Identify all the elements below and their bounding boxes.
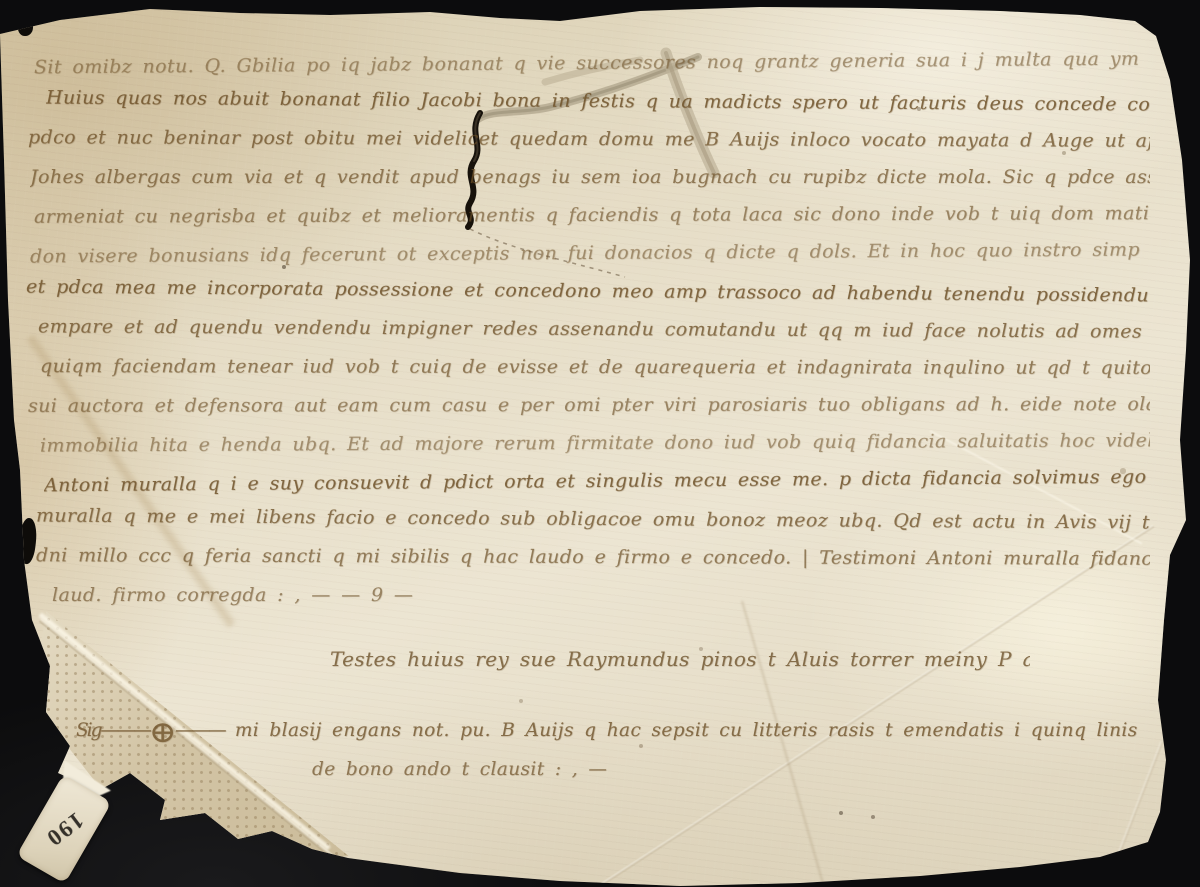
photo-backdrop: Sit omibz notu. Q. Gbilia po iq jabz bon… xyxy=(0,0,1200,887)
manuscript-line: armeniat cu negrisba et quibz et meliora… xyxy=(34,196,1150,234)
witness-line: Testes huius rey sue Raymundus pinos t A… xyxy=(330,642,1030,676)
notary-subscription-line: Sig———⊕——— mi blasij engans not. pu. B A… xyxy=(76,714,1160,748)
notary-closing-line: de bono ando t clausit : , — xyxy=(312,753,692,787)
manuscript-line: et pdca mea me incorporata possessione e… xyxy=(26,270,1150,313)
manuscript-text-block: Sit omibz notu. Q. Gbilia po iq jabz bon… xyxy=(0,0,1200,887)
manuscript-line: pdco et nuc beninar post obitu mei videl… xyxy=(28,120,1150,158)
manuscript-line: don visere bonusians idq fecerunt ot exc… xyxy=(30,232,1150,273)
manuscript-line: laud. firmo corregda : , — — 9 — xyxy=(52,578,1150,612)
manuscript-line: muralla q me e mei libens facio e conced… xyxy=(36,499,1150,540)
ink-specks xyxy=(0,0,2,2)
manuscript-line: quiqm faciendam tenear iud vob t cuiq de… xyxy=(40,349,1150,385)
notarial-cross-icon: ⊕ xyxy=(149,723,177,743)
parchment-document: Sit omibz notu. Q. Gbilia po iq jabz bon… xyxy=(0,0,1200,887)
manuscript-line: immobilia hita e henda ubq. Et ad majore… xyxy=(40,423,1150,462)
notary-line-text: mi blasij engans not. pu. B Auijs q hac … xyxy=(235,720,1138,741)
notarial-sign-prefix: Sig——— xyxy=(76,720,150,741)
manuscript-line: dni millo ccc q feria sancti q mi sibili… xyxy=(36,538,1150,575)
manuscript-line: Huius quas nos abuit bonanat filio Jacob… xyxy=(46,81,1150,122)
manuscript-line: Johes albergas cum via et q vendit apud … xyxy=(30,160,1150,194)
manuscript-line: Sit omibz notu. Q. Gbilia po iq jabz bon… xyxy=(34,42,1150,85)
manuscript-line: Antoni muralla q i e suy consuevit d pdi… xyxy=(44,460,1150,503)
manuscript-line: empare et ad quendu vendendu impigner re… xyxy=(38,309,1150,348)
archive-number: 190 xyxy=(40,806,88,851)
manuscript-line: sui auctora et defensora aut eam cum cas… xyxy=(28,387,1150,423)
notarial-sign-suffix: ——— xyxy=(175,720,225,741)
